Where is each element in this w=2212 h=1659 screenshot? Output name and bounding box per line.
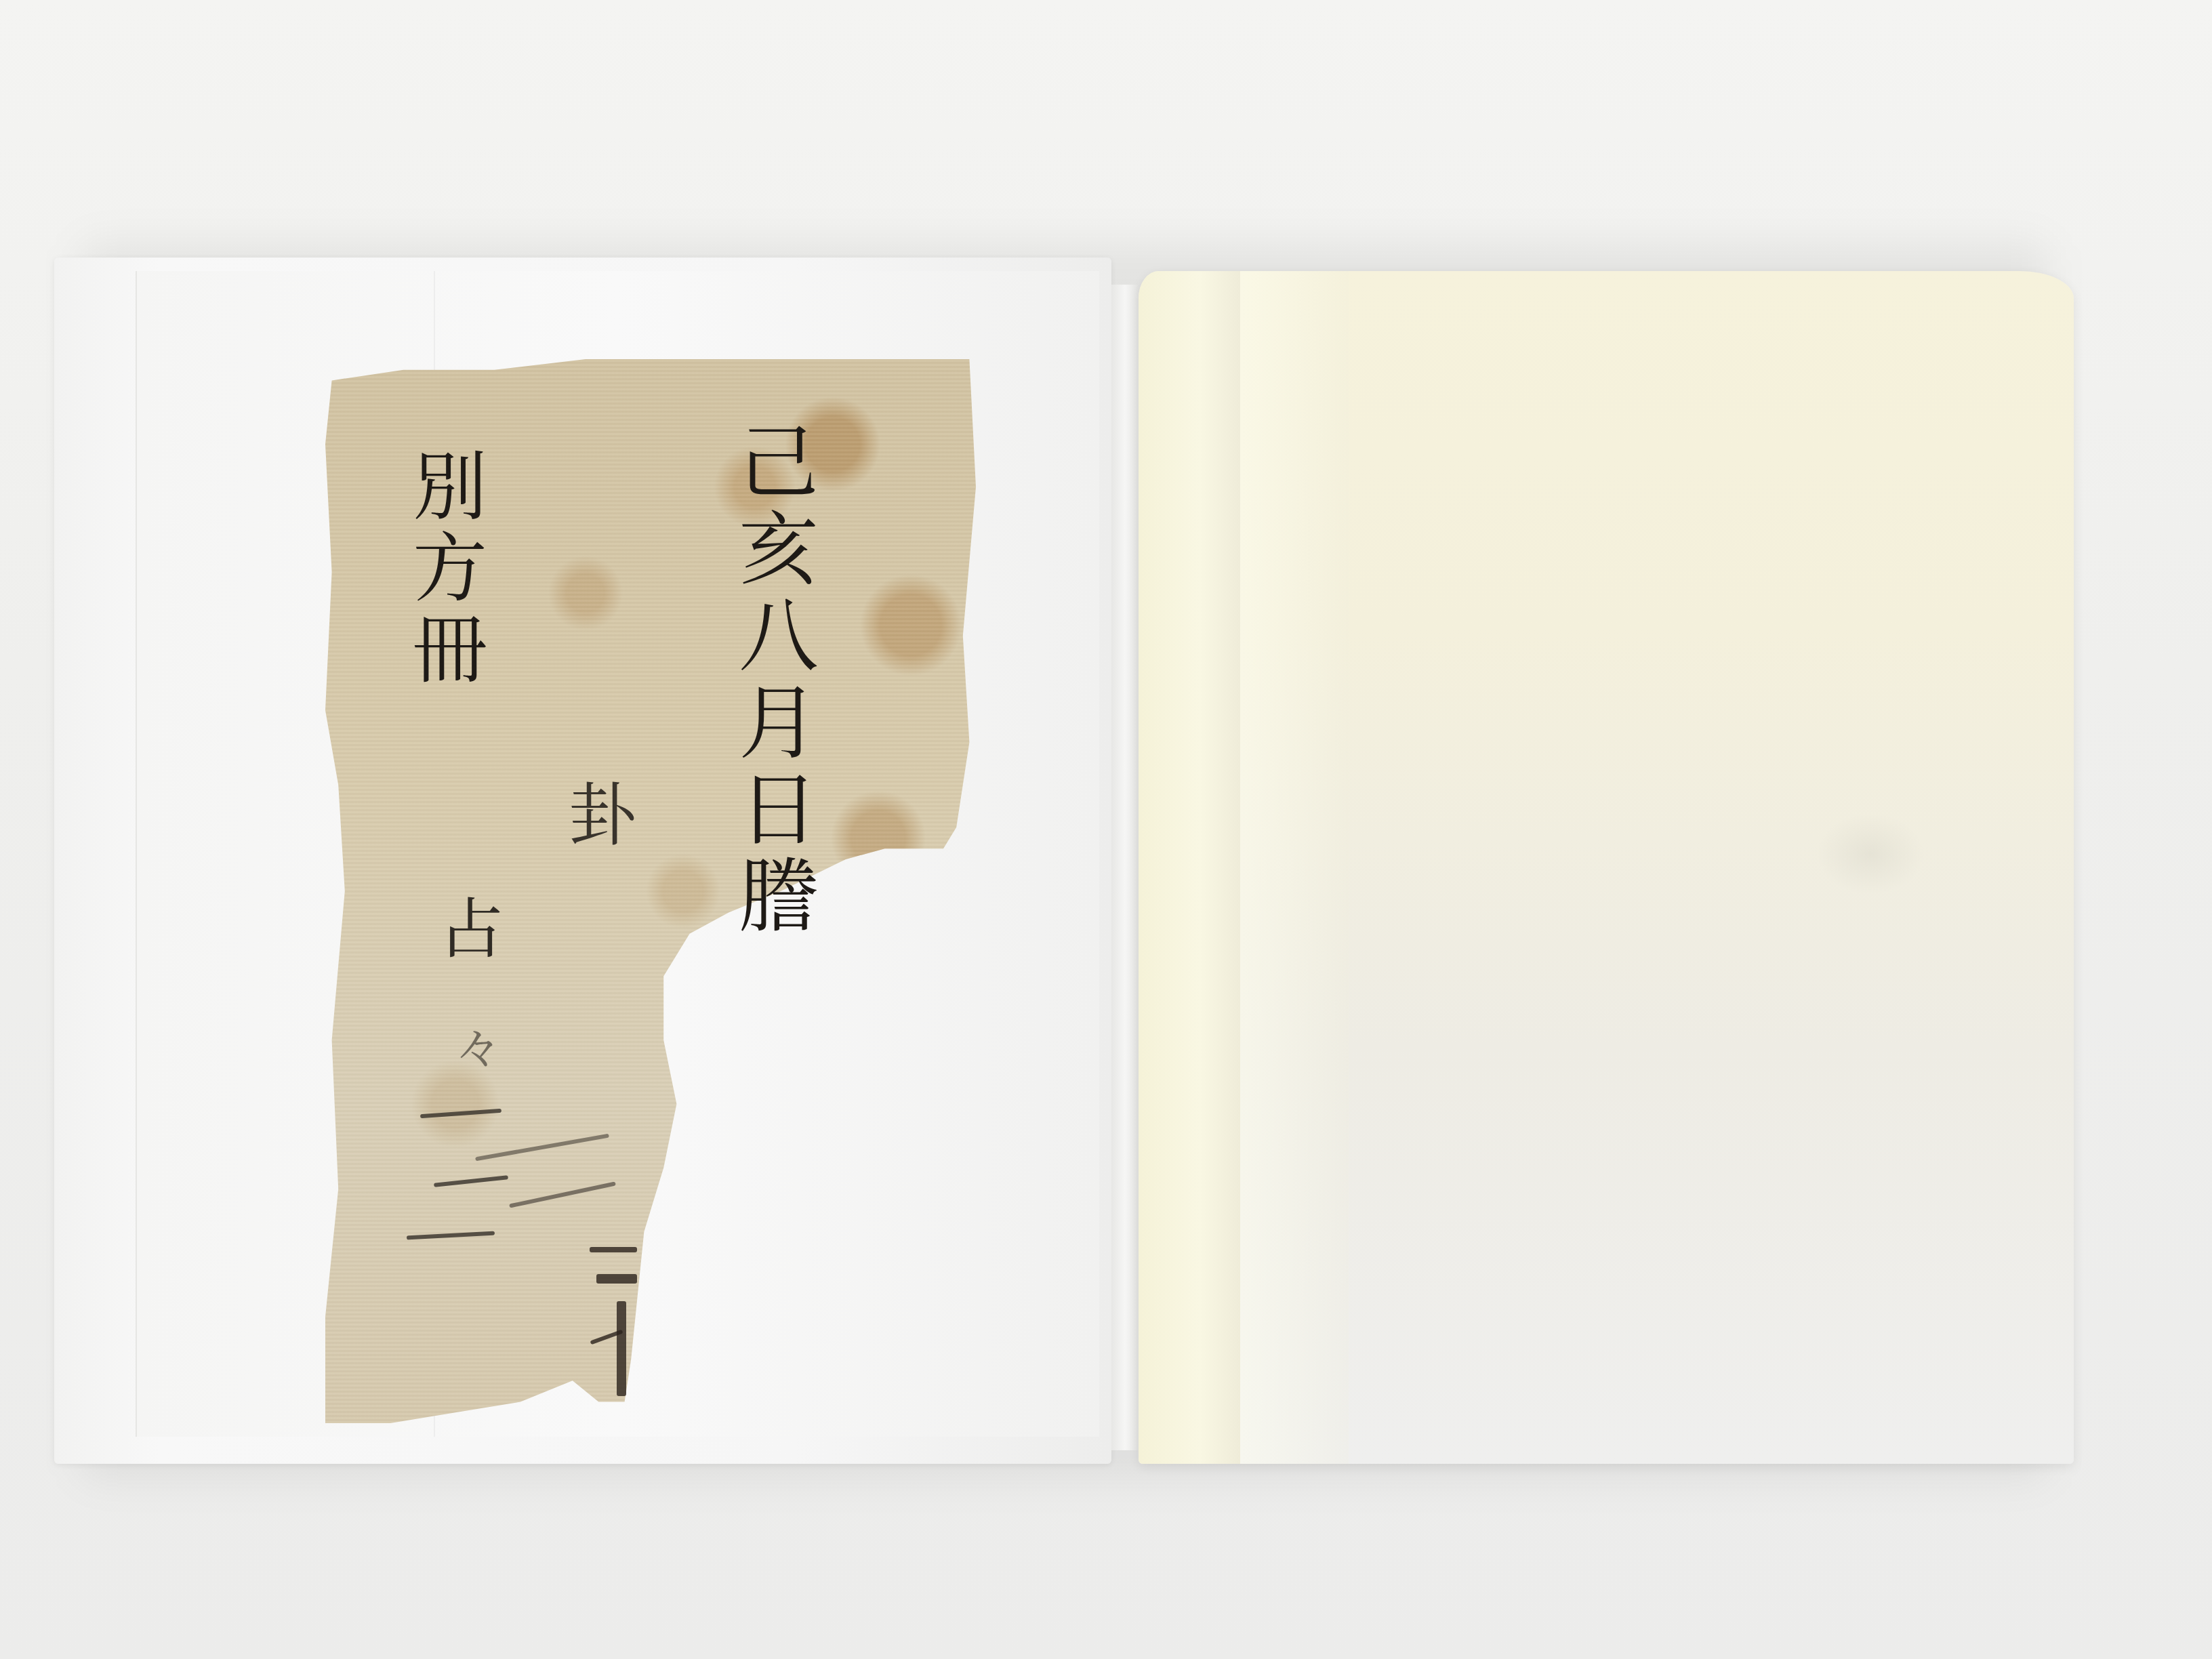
page-smudge (1816, 813, 1925, 895)
album-spine (1111, 285, 1139, 1450)
right-album-page[interactable] (1139, 271, 2074, 1464)
page-fold-highlight (1240, 271, 1349, 1464)
text-column-zhan: 占 (434, 895, 499, 966)
partial-characters-edge (583, 1247, 644, 1423)
text-column-title: 別方冊 (407, 447, 481, 691)
text-ditto-mark: 々 (441, 1023, 509, 1078)
page-fold (1139, 271, 1240, 1464)
text-column-gua: 卦 (562, 779, 630, 854)
text-column-date: 己亥八月日謄 (732, 420, 812, 941)
album: 己亥八月日謄 卦 別方冊 占 々 (0, 0, 2212, 1659)
